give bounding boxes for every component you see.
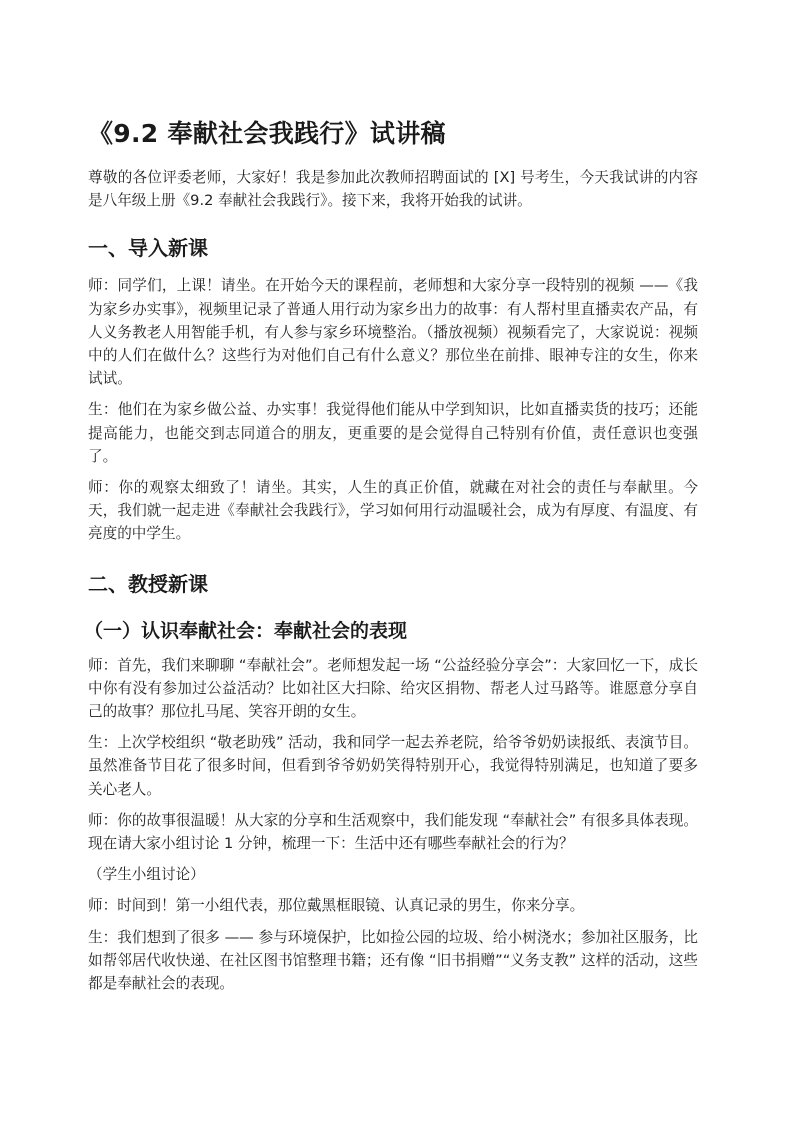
stage-direction: （学生小组讨论）: [88, 863, 698, 886]
dialogue-paragraph: 师：时间到！第一小组代表，那位戴黑框眼镜、认真记录的男生，你来分享。: [88, 894, 698, 917]
subsection-heading: （一）认识奉献社会：奉献社会的表现: [84, 618, 698, 644]
dialogue-paragraph: 师：你的故事很温暖！从大家的分享和生活观察中，我们能发现 “奉献社会” 有很多具…: [88, 809, 698, 855]
dialogue-paragraph: 生：他们在为家乡做公益、办实事！我觉得他们能从中学到知识，比如直播卖货的技巧；还…: [88, 398, 698, 468]
dialogue-paragraph: 生：我们想到了很多 —— 参与环境保护，比如捡公园的垃圾、给小树浇水；参加社区服…: [88, 926, 698, 996]
dialogue-paragraph: 师：同学们，上课！请坐。在开始今天的课程前，老师想和大家分享一段特别的视频 ——…: [88, 274, 698, 390]
document-page: 《9.2 奉献社会我践行》试讲稿 尊敬的各位评委老师，大家好！我是参加此次教师招…: [88, 118, 698, 1003]
intro-paragraph: 尊敬的各位评委老师，大家好！我是参加此次教师招聘面试的 [X] 号考生，今天我试…: [88, 166, 698, 212]
dialogue-paragraph: 师：你的观察太细致了！请坐。其实，人生的真正价值，就藏在对社会的责任与奉献里。今…: [88, 476, 698, 546]
dialogue-paragraph: 生：上次学校组织 “敬老助残” 活动，我和同学一起去养老院，给爷爷奶奶读报纸、表…: [88, 731, 698, 801]
dialogue-paragraph: 师：首先，我们来聊聊 “奉献社会”。老师想发起一场 “公益经验分享会”：大家回忆…: [88, 654, 698, 724]
section-heading-intro: 一、导入新课: [88, 234, 698, 262]
section-heading-teaching: 二、教授新课: [88, 570, 698, 598]
document-title: 《9.2 奉献社会我践行》试讲稿: [88, 118, 698, 150]
